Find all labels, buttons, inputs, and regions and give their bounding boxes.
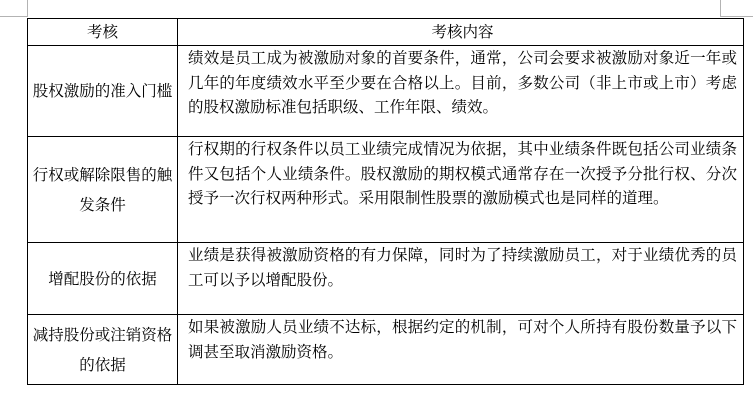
assessment-table: 考核 考核内容 股权激励的准入门槛 绩效是员工成为被激励对象的首要条件，通常，公… (27, 18, 744, 385)
row-item: 减持股份或注销资格的依据 (28, 315, 178, 385)
row-content: 业绩是获得被激励资格的有力保障，同时为了持续激励员工，对于业绩优秀的员工可以予以… (178, 243, 744, 315)
corner-mark-right-horizontal (720, 16, 753, 17)
table-row: 股权激励的准入门槛 绩效是员工成为被激励对象的首要条件，通常，公司会要求被激励对… (28, 46, 744, 137)
row-item: 行权或解除限售的触发条件 (28, 137, 178, 243)
table-row: 增配股份的依据 业绩是获得被激励资格的有力保障，同时为了持续激励员工，对于业绩优… (28, 243, 744, 315)
row-content: 如果被激励人员业绩不达标，根据约定的机制，可对个人所持有股份数量予以下调甚至取消… (178, 315, 744, 385)
corner-mark-left-horizontal (0, 16, 27, 17)
corner-mark-right-vertical (720, 0, 721, 17)
row-content: 行权期的行权条件以员工业绩完成情况为依据，其中业绩条件既包括公司业绩条件又包括个… (178, 137, 744, 243)
row-content: 绩效是员工成为被激励对象的首要条件，通常，公司会要求被激励对象近一年或几年的年度… (178, 46, 744, 137)
row-item: 增配股份的依据 (28, 243, 178, 315)
row-item: 股权激励的准入门槛 (28, 46, 178, 137)
header-assessment-content: 考核内容 (178, 19, 744, 46)
table-row: 行权或解除限售的触发条件 行权期的行权条件以员工业绩完成情况为依据，其中业绩条件… (28, 137, 744, 243)
table-row: 减持股份或注销资格的依据 如果被激励人员业绩不达标，根据约定的机制，可对个人所持… (28, 315, 744, 385)
corner-mark-left-vertical (27, 0, 28, 17)
header-assessment: 考核 (28, 19, 178, 46)
table-header-row: 考核 考核内容 (28, 19, 744, 46)
